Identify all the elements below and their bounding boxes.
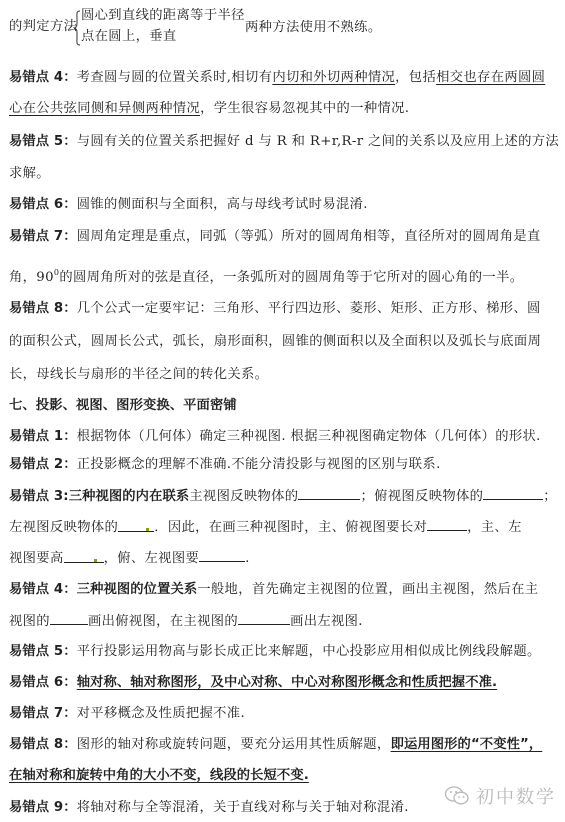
fill-blank [50, 612, 88, 625]
fill-blank [427, 518, 467, 531]
brace-prefix-line: 的判定方法 [9, 18, 77, 36]
point-label: 易错点 6 [9, 197, 63, 212]
point-label: 易错点 7 [9, 229, 63, 244]
point-label: 易错点 1 [9, 429, 63, 444]
projection-point-3-line-3: 视图要高，俯、左视图要. [9, 549, 250, 567]
wechat-icon [444, 785, 470, 807]
point-label: 易错点 8 [9, 301, 63, 316]
point-label: 易错点 6 [9, 675, 63, 690]
watermark-text: 初中数学 [476, 783, 556, 809]
fill-blank [199, 549, 245, 562]
circle-point-6: 易错点 6：圆锥的侧面积与全面积，高与母线考试时易混淆. [9, 196, 368, 214]
brace-line-2: 点在圆上，垂直 [81, 28, 177, 46]
projection-point-3-line-2: 左视图反映物体的．因此，在画三种视图时，主、俯视图要长对，主、左 [9, 518, 522, 536]
fill-blank [483, 487, 543, 500]
point-label: 易错点 7 [9, 706, 63, 721]
circle-point-8-line-2: 的面积公式，圆周长公式，弧长，扇形面积，圆锥的侧面积以及全面积以及弧长与底面周 [9, 333, 541, 351]
circle-point-5-line-2: 求解。 [9, 165, 50, 183]
fill-blank [298, 487, 360, 500]
projection-point-9: 易错点 9：将轴对称与全等混淆，关于直线对称与关于轴对称混淆. [9, 799, 409, 817]
watermark: 初中数学 [444, 783, 556, 809]
circle-point-7-line-1: 易错点 7：圆周角定理是重点，同弧（等弧）所对的圆周角相等，直径所对的圆周角是直 [9, 228, 541, 246]
circle-point-4-line-2: 心在公共弦同侧和异侧两种情况，学生很容易忽视其中的一种情况. [9, 100, 409, 118]
circle-point-5-line-1: 易错点 5：与圆有关的位置关系把握好 d 与 R 和 R+r,R-r 之间的关系… [9, 133, 559, 151]
fill-blank [118, 519, 154, 532]
fill-blank [238, 612, 290, 625]
brace-line-1: 圆心到直线的距离等于半径 [81, 7, 245, 25]
curly-brace-icon [73, 10, 81, 46]
projection-point-3-line-1: 易错点 3:三种视图的内在联系主视图反映物体的；俯视图反映物体的； [9, 487, 557, 505]
projection-point-5: 易错点 5：平行投影运用物高与影长成正比来解题，中心投影应用相似成比例线段解题。 [9, 643, 541, 661]
projection-point-8-line-2: 在轴对称和旋转中角的大小不变，线段的长短不变. [9, 767, 309, 785]
point-label: 易错点 9 [9, 800, 63, 815]
point-label: 易错点 2 [9, 457, 63, 472]
circle-point-4-line-1: 易错点 4：考查圆与圆的位置关系时,相切有内切和外切两种情况，包括相交也存在两圆… [9, 69, 545, 87]
point-label: 易错点 4 [9, 582, 63, 597]
point-label: 易错点 5 [9, 644, 63, 659]
projection-point-1: 易错点 1：根据物体（几何体）确定三种视图. 根据三种视图确定物体（几何体）的形… [9, 428, 541, 446]
circle-point-8-line-3: 长，母线长与扇形的半径之间的转化关系。 [9, 366, 268, 384]
projection-point-7: 易错点 7：对平移概念及性质把握不准. [9, 705, 245, 723]
fill-blank [64, 550, 104, 563]
point-label: 易错点 8 [9, 737, 63, 752]
circle-point-8-line-1: 易错点 8：几个公式一定要牢记：三角形、平行四边形、菱形、矩形、正方形、梯形、圆 [9, 300, 541, 318]
point-label: 易错点 4 [9, 70, 63, 85]
projection-point-8-line-1: 易错点 8：图形的轴对称或旋转问题，要充分运用其性质解题，即运用图形的“不变性”… [9, 736, 542, 754]
brace-suffix: 两种方法使用不熟练。 [245, 19, 381, 37]
circle-point-7-line-2: 角，900的圆周角所对的弦是直径，一条弧所对的圆周角等于它所对的圆心角的一半。 [9, 264, 523, 282]
projection-point-6: 易错点 6：轴对称、轴对称图形，及中心对称、中心对称图形概念和性质把握不准. [9, 674, 497, 692]
point-label: 易错点 5 [9, 134, 63, 149]
brace-prefix: 的判定方法 [9, 19, 77, 34]
point-label: 易错点 3 [9, 489, 63, 504]
projection-point-2: 易错点 2：正投影概念的理解不准确.不能分清投影与视图的区别与联系. [9, 456, 441, 474]
projection-point-4-line-2: 视图的画出俯视图，在主视图的画出左视图. [9, 612, 363, 630]
section-heading: 七、投影、视图、图形变换、平面密铺 [9, 397, 237, 415]
projection-point-4-line-1: 易错点 4：三种视图的位置关系一般地，首先确定主视图的位置，画出主视图，然后在主 [9, 581, 538, 599]
